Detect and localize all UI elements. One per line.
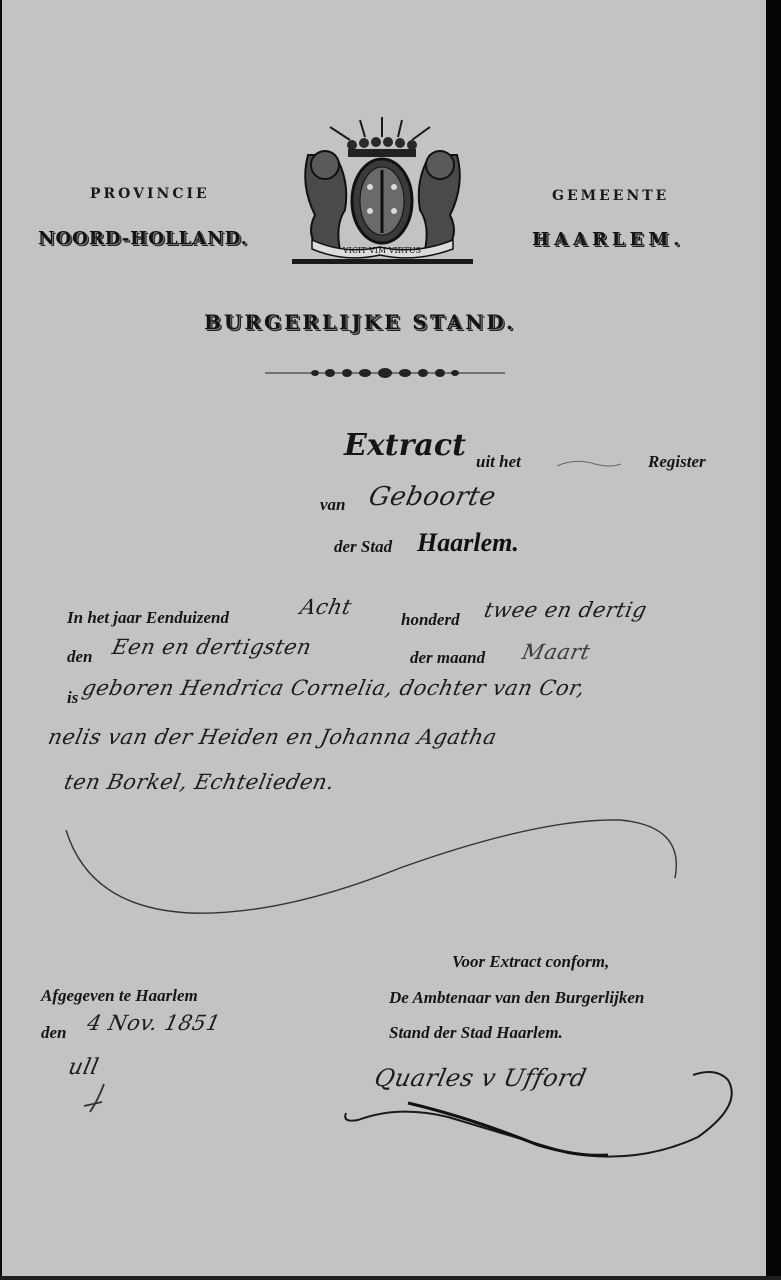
province-label: PROVINCIE <box>90 186 210 202</box>
scan-border-right <box>766 0 781 1280</box>
register-label: Register <box>648 452 706 472</box>
month-handwritten: Maart <box>520 640 593 664</box>
blank-flourish-icon <box>555 455 625 474</box>
issued-den-label: den <box>41 1023 67 1043</box>
decorative-divider-icon <box>265 365 505 379</box>
haarlem-coat-of-arms-icon: VICIT VIM VIRTUS <box>290 115 475 267</box>
province-name: NOORD-HOLLAND. <box>38 228 248 249</box>
birth-line-3-handwritten: ten Borkel, Echtelieden. <box>62 770 337 794</box>
register-type-handwritten: Geboorte <box>366 482 499 512</box>
conform-label: Voor Extract conform, <box>452 952 609 972</box>
municipality-label: GEMEENTE <box>552 188 669 204</box>
city-name: Haarlem. <box>417 528 519 558</box>
honderd-label: honderd <box>401 610 460 630</box>
municipality-name: HAARLEM. <box>532 229 684 250</box>
issued-date-handwritten: 4 Nov. 1851 <box>85 1011 223 1035</box>
issued-at-label: Afgegeven te Haarlem <box>41 986 198 1006</box>
document-title: BURGERLIJKE STAND. <box>204 310 516 334</box>
birth-line-1-handwritten: geboren Hendrica Cornelia, dochter van C… <box>80 676 587 700</box>
day-handwritten: Een en dertigsten <box>110 635 314 659</box>
fee-annotation-handwritten: ull <box>66 1055 101 1080</box>
year-hundreds-handwritten: Acht <box>298 595 354 619</box>
der-stad-label: der Stad <box>334 537 392 557</box>
svg-text:VICIT VIM VIRTUS: VICIT VIM VIRTUS <box>342 246 421 255</box>
year-tens-handwritten: twee en dertig <box>482 598 649 622</box>
der-maand-label: der maand <box>410 648 485 668</box>
scan-border-bottom <box>0 1276 781 1280</box>
closing-flourish-icon <box>60 808 700 922</box>
year-prefix-label: In het jaar Eenduizend <box>67 608 229 628</box>
van-label: van <box>320 495 346 515</box>
is-label: is <box>67 688 78 708</box>
uit-het-label: uit het <box>476 452 521 472</box>
official-title-line2: Stand der Stad Haarlem. <box>389 1023 563 1043</box>
extract-heading: Extract <box>344 428 466 463</box>
fee-mark-icon <box>80 1082 120 1121</box>
den-label: den <box>67 647 93 667</box>
official-title-line1: De Ambtenaar van den Burgerlijken <box>389 988 644 1008</box>
signature-flourish-icon <box>338 1065 748 1169</box>
birth-line-2-handwritten: nelis van der Heiden en Johanna Agatha <box>46 725 499 749</box>
